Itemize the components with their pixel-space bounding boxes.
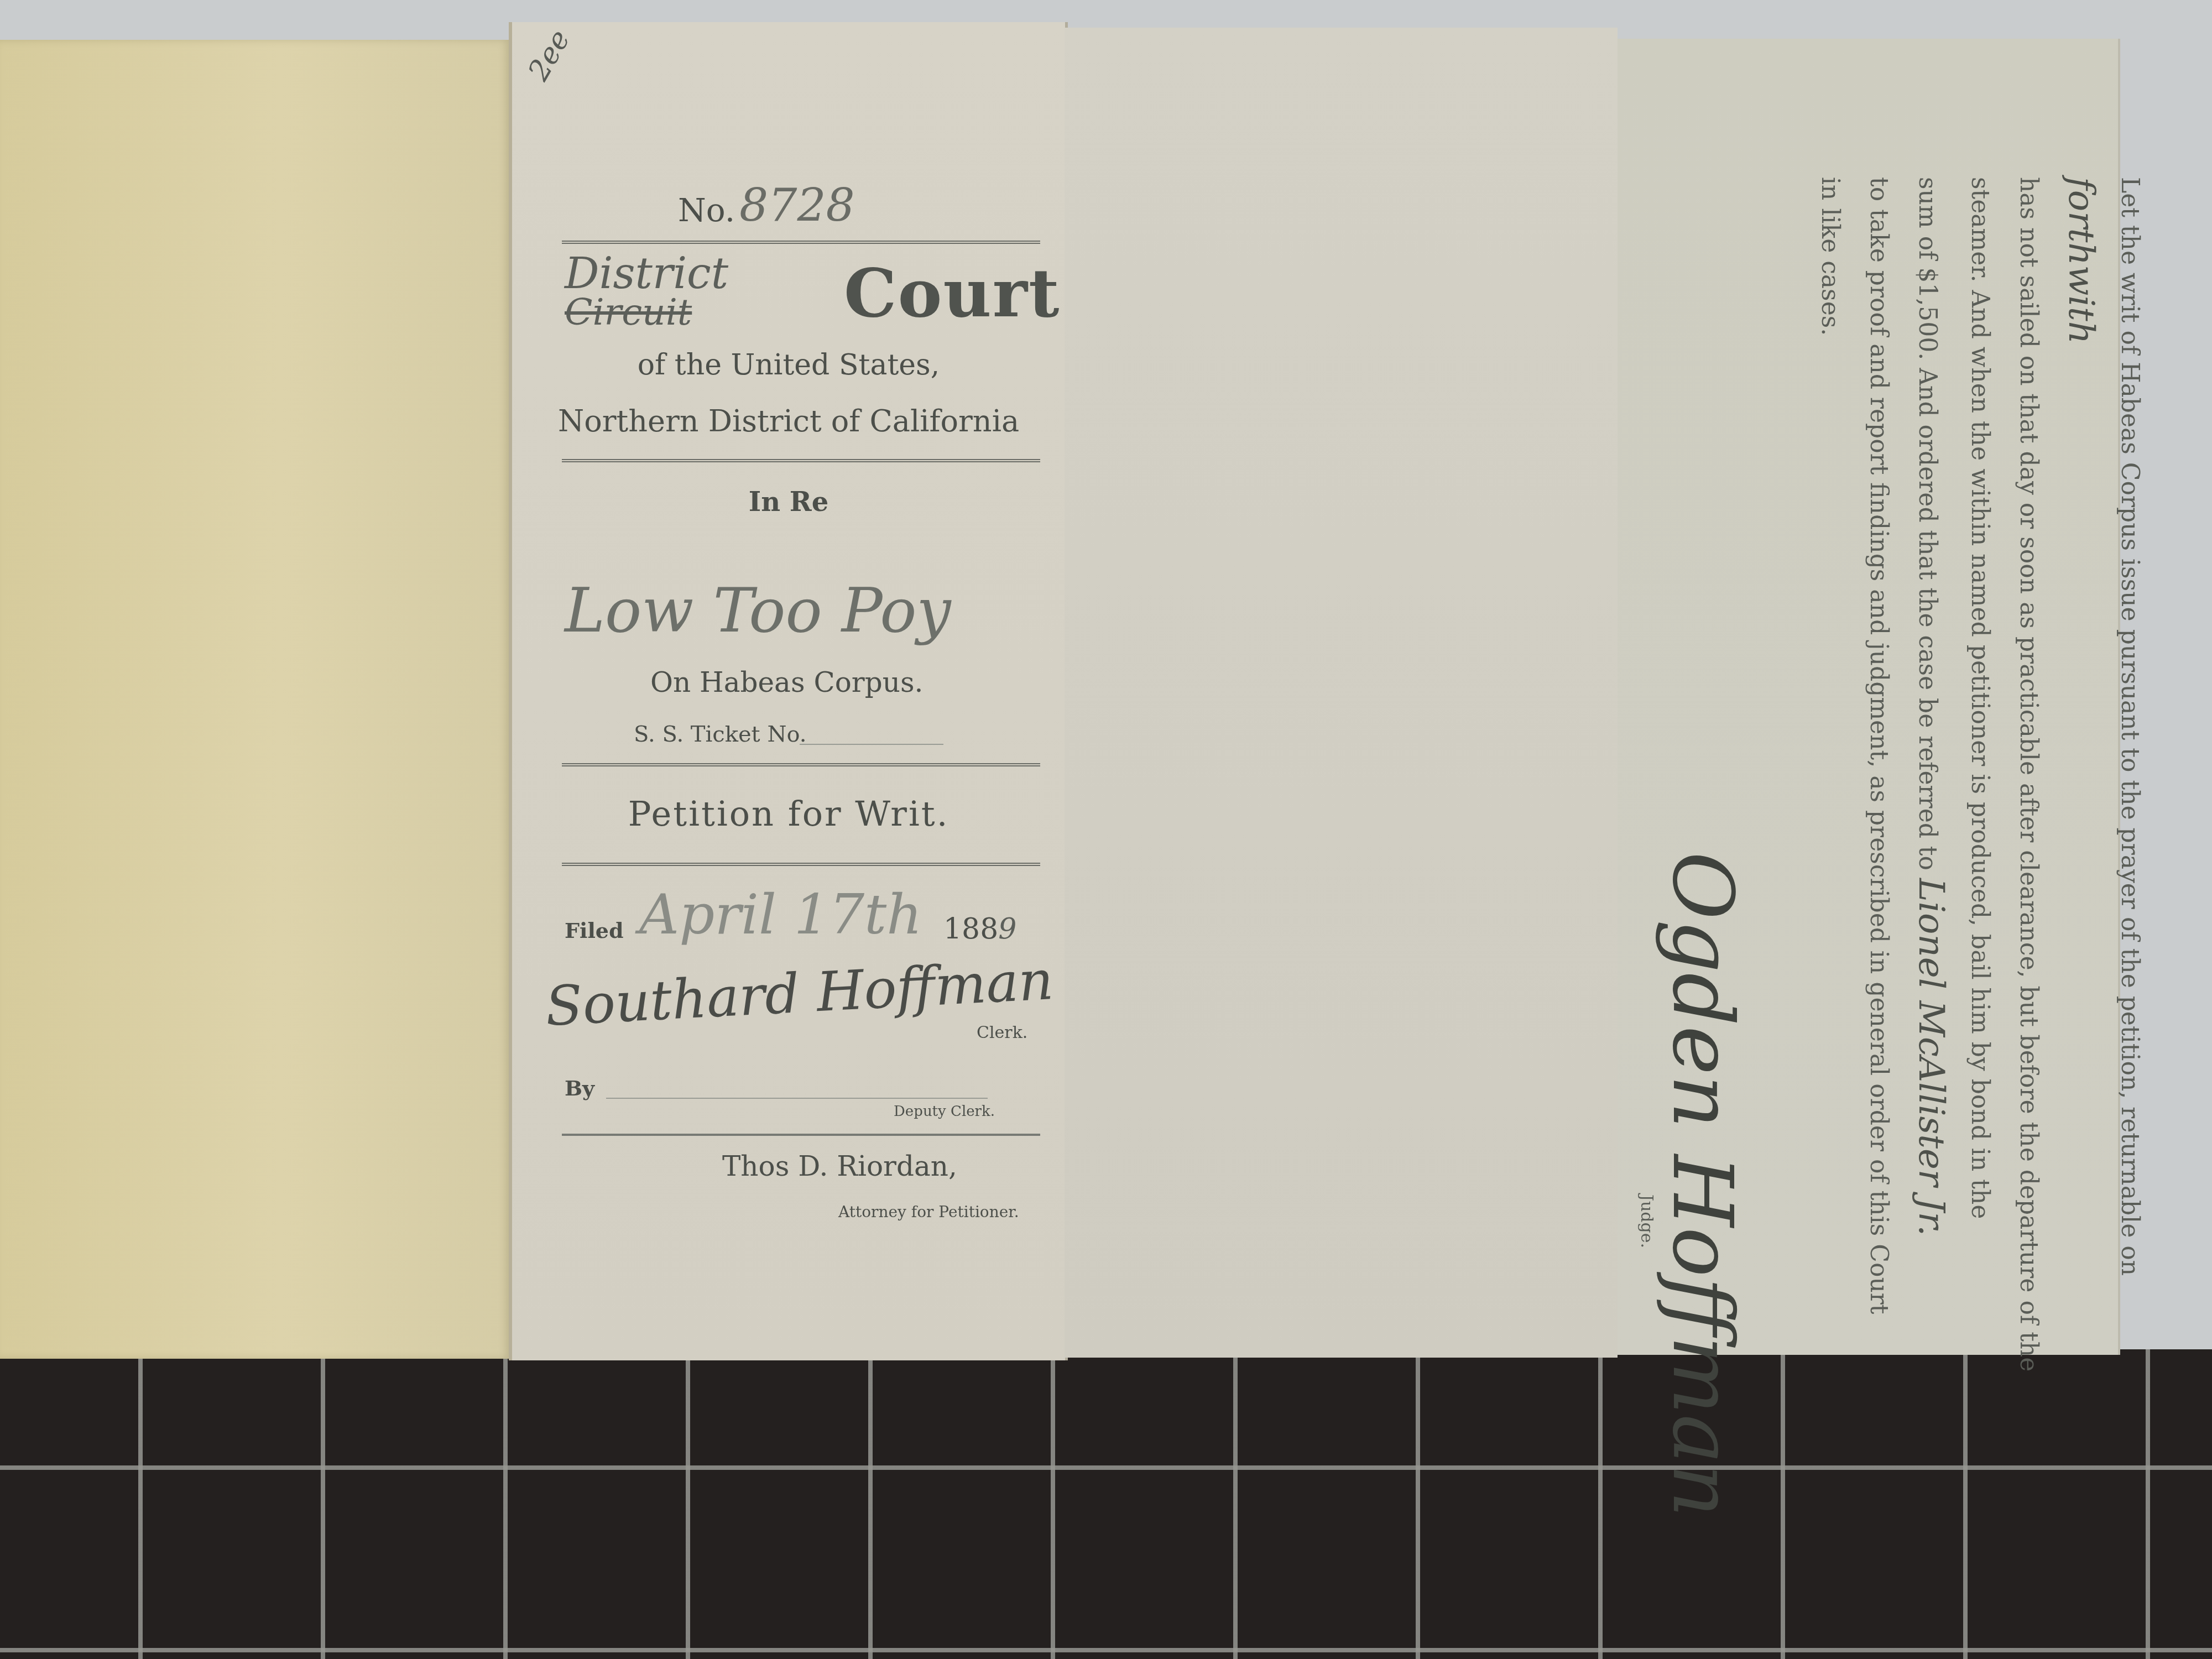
order-text-block: Let the writ of Habeas Corpus issue purs…: [1806, 177, 2154, 1283]
filed-date: April 17th: [639, 882, 922, 947]
order-line: has not sailed on that day or soon as pr…: [2004, 177, 2053, 1283]
cutting-mat-background: [0, 1349, 2212, 1659]
filed-year-prefix: 188: [943, 912, 998, 946]
docket-label: No.: [678, 191, 735, 229]
order-line: forthwith: [2053, 177, 2105, 1283]
handwritten-return-date: forthwith: [2060, 177, 2101, 344]
order-line: to take proof and report findings and ju…: [1854, 177, 1903, 1283]
order-line-text: sum of $1,500. And ordered that the case…: [1913, 177, 1942, 870]
attorney-name: Thos D. Riordan,: [722, 1150, 957, 1182]
handwritten-referee: Lionel McAllister Jr.: [1911, 878, 1952, 1236]
petitioner-name: Low Too Poy: [565, 575, 951, 646]
district-name: Northern District of California: [512, 404, 1065, 439]
by-label: By: [565, 1076, 594, 1100]
document-title: Petition for Writ.: [512, 794, 1065, 834]
middle-blank-panel: [1065, 28, 1618, 1358]
ticket-label: S. S. Ticket No.: [634, 722, 806, 747]
attorney-label: Attorney for Petitioner.: [838, 1203, 1019, 1221]
divider-rule: [562, 241, 1040, 244]
divider-rule: [562, 459, 1040, 462]
order-lines: Let the writ of Habeas Corpus issue purs…: [1806, 177, 2154, 1283]
order-line: steamer. And when the within named petit…: [1955, 177, 2004, 1283]
judge-signature: Ogden Hoffman: [1654, 852, 1750, 1517]
court-type-handwritten: District Circuit: [565, 254, 728, 332]
cover-panel: 2ee No.8728 District Circuit Court of th…: [509, 22, 1068, 1360]
deputy-signature-line: [606, 1098, 988, 1099]
filed-year: 1889: [943, 912, 1016, 946]
order-line: in like cases.: [1806, 177, 1854, 1283]
judge-label: Judge.: [1637, 1194, 1656, 1248]
deputy-clerk-label: Deputy Clerk.: [894, 1103, 995, 1120]
clerk-label: Clerk.: [977, 1023, 1027, 1042]
order-line: Let the writ of Habeas Corpus issue purs…: [2105, 177, 2154, 1283]
court-subtitle: of the United States,: [512, 348, 1065, 382]
left-folder-flap: [0, 40, 512, 1359]
docket-number-value: 8728: [739, 180, 855, 232]
order-line: sum of $1,500. And ordered that the case…: [1903, 177, 1955, 1283]
divider-rule: [562, 763, 1040, 766]
divider-rule: [562, 863, 1040, 866]
ticket-blank-line: [800, 744, 943, 745]
docket-number: No.8728: [678, 180, 855, 232]
court-type-struck: Circuit: [565, 293, 728, 332]
filed-label: Filed: [565, 918, 624, 943]
proceeding-type: On Habeas Corpus.: [650, 666, 923, 698]
filed-year-suffix: 9: [998, 912, 1016, 946]
order-panel: Let the writ of Habeas Corpus issue purs…: [1618, 39, 2120, 1355]
court-heading: Court: [844, 254, 1060, 332]
corner-annotation: 2ee: [522, 24, 577, 86]
divider-rule: [562, 1134, 1040, 1136]
in-re-label: In Re: [512, 487, 1065, 518]
